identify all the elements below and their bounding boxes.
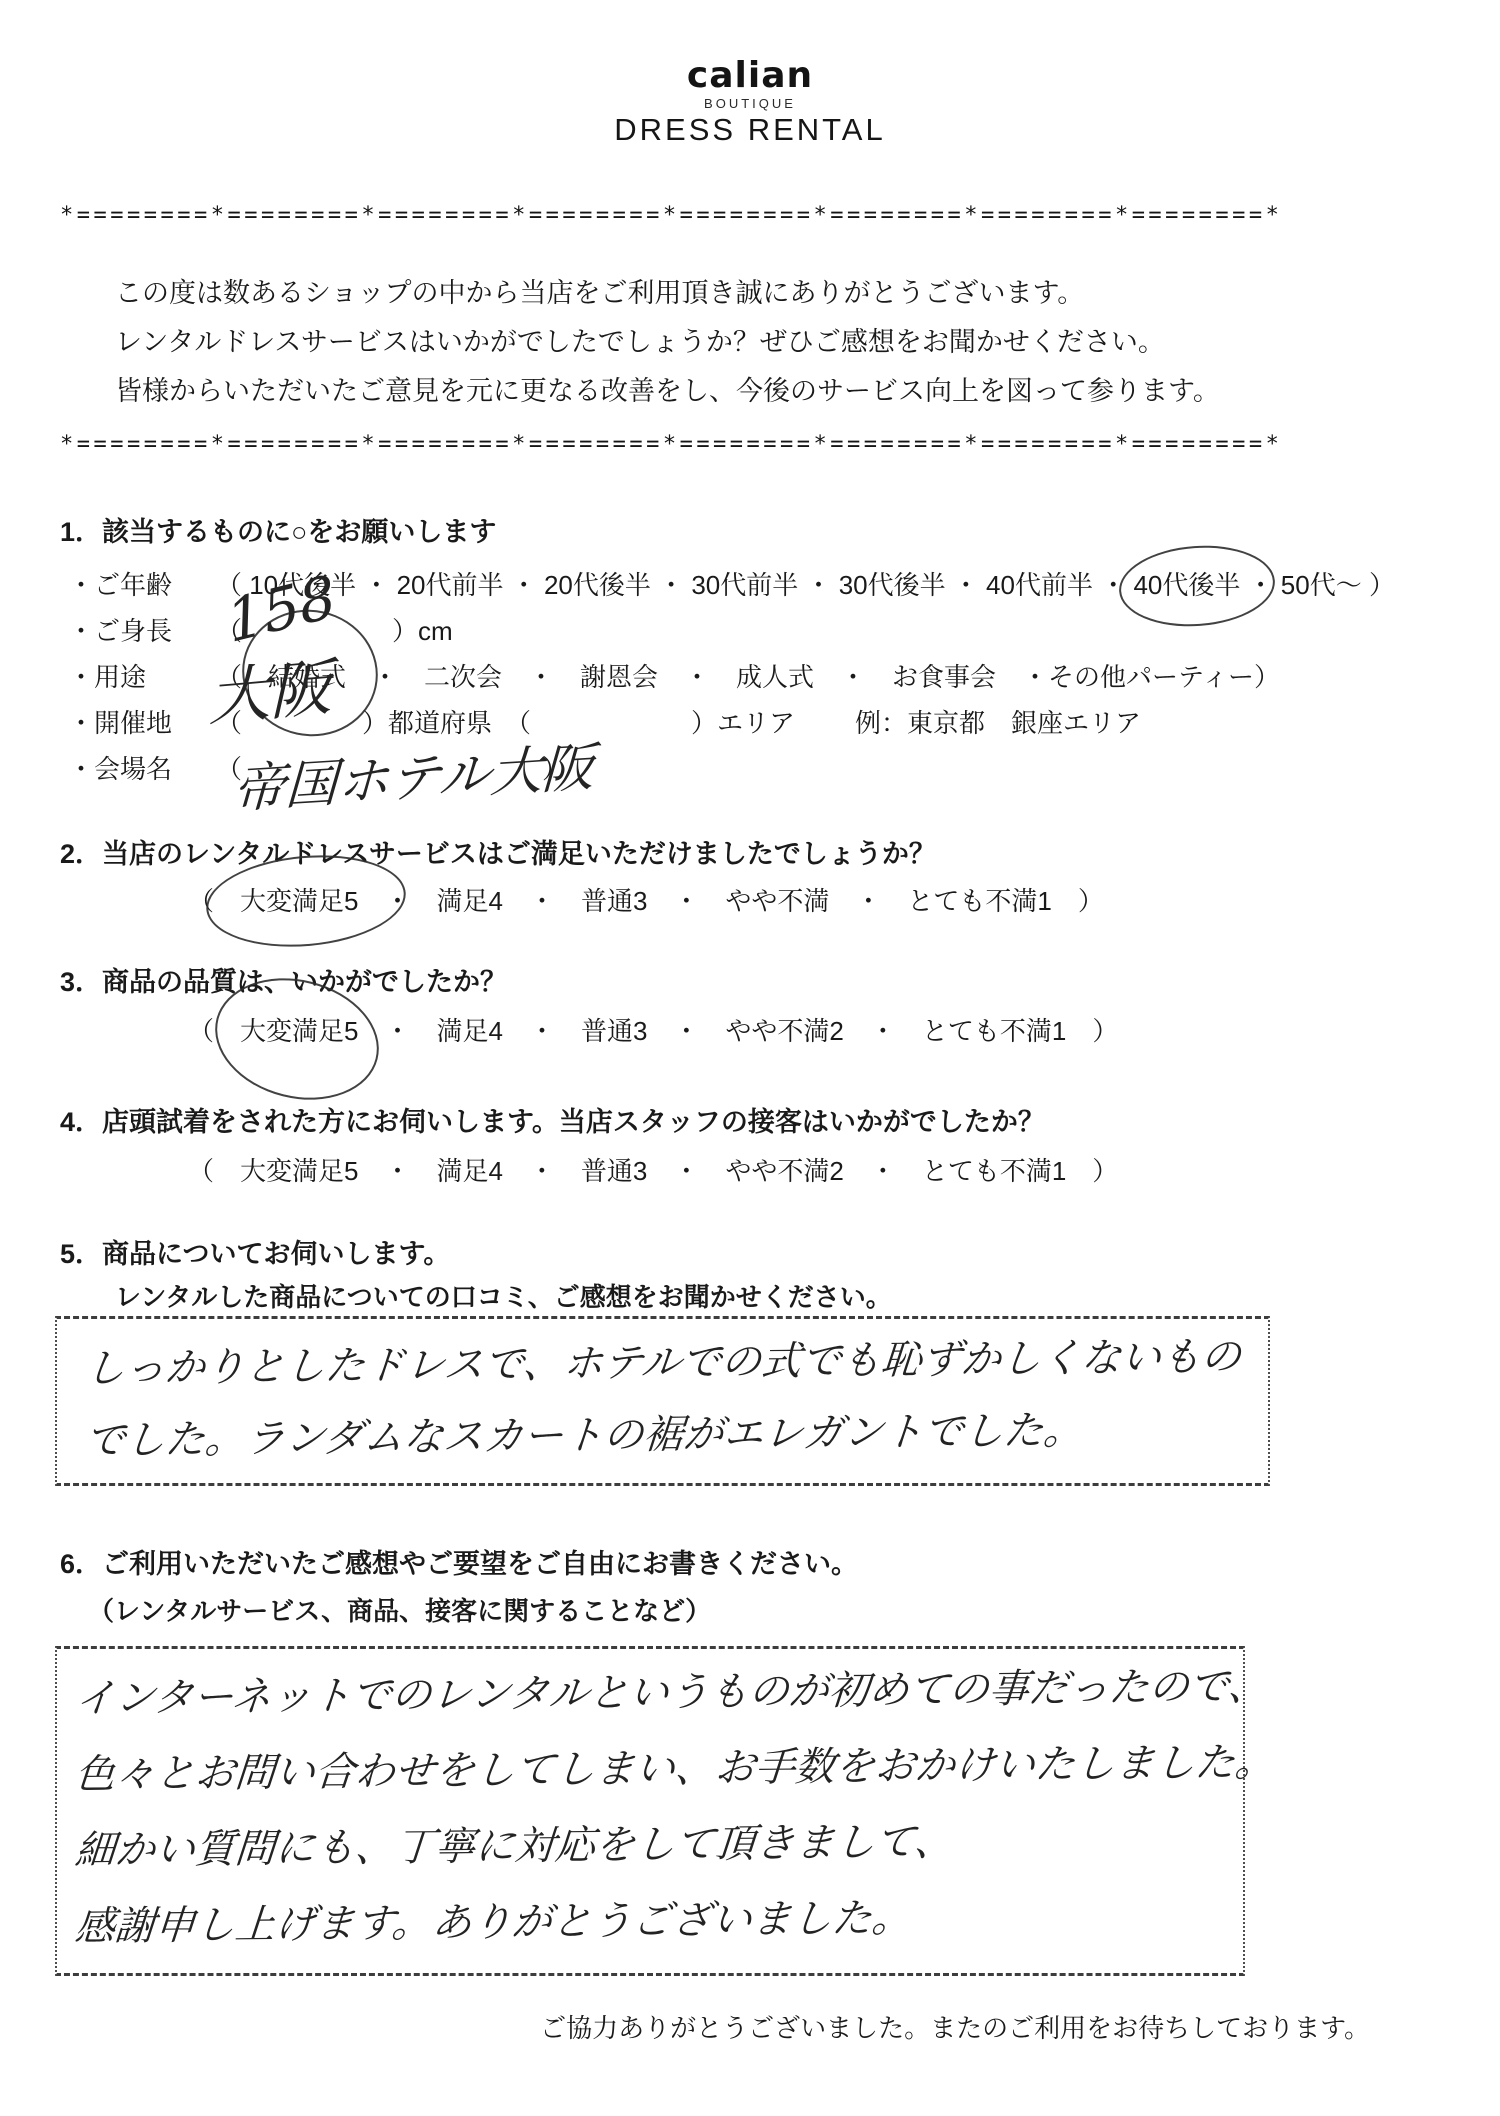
brand-boutique-label: BOUTIQUE [60,97,1440,110]
area-label: ）エリア [691,708,795,738]
question-2-options: （ 大変満足5 ・ 満足4 ・ 普通3 ・ やや不満 ・ とても不満1 ） [188,878,1440,924]
q2-circled-text: 大変満足5 [240,886,358,916]
scanned-survey-form: calian BOUTIQUE DRESS RENTAL *========*=… [0,0,1500,2116]
intro-line-3: 皆様からいただいたご意見を元に更なる改善をし、今後のサービス向上を図って参ります… [115,367,1440,416]
handwritten-answer-line: 色々とお問い合わせをしてしまい、お手数をおかけいたしました。 [72,1725,1236,1813]
options-pre: （ [188,886,240,916]
age-label: ・ご年齢 [68,562,216,608]
venue-row: ・会場名 （） 帝国ホテル大阪 [68,746,1440,792]
question-4: 4．店頭試着をされた方にお伺いします。当店スタッフの接客はいかがでしたか？ （ … [60,1104,1440,1194]
location-example: 例：東京都 銀座エリア [855,708,1141,738]
question-6: 6．ご利用いただいたご感想やご要望をご自由にお書きください。 （レンタルサービス… [60,1546,1440,1976]
options-post: ・ 満足4 ・ 普通3 ・ やや不満 ・ とても不満1 ） [358,886,1103,916]
age-options-pre: （ 10代後半 ・ 20代前半 ・ 20代後半 ・ 30代前半 ・ 30代後半 … [216,570,1133,600]
options-pre: （ [188,1016,240,1046]
brand-header: calian BOUTIQUE DRESS RENTAL [60,58,1440,145]
handwritten-answer-line: でした。ランダムなスカートの裾がエレガントでした。 [82,1393,1260,1477]
question-6-subtitle: （レンタルサービス、商品、接客に関することなど） [88,1594,1440,1628]
intro-line-1: この度は数あるショップの中から当店をご利用頂き誠にありがとうございます。 [115,269,1440,318]
paren-close-cm: ）cm [392,616,453,646]
intro-line-2: レンタルドレスサービスはいかがでしたでしょうか？ぜひご感想をお聞かせください。 [115,318,1440,367]
question-6-title: 6．ご利用いただいたご感想やご要望をご自由にお書きください。 [60,1546,1440,1582]
location-row: ・開催地 （）都道府県 （）エリア例：東京都 銀座エリア 大阪 [68,700,1440,746]
q2-circled-option: 大変満足5 [240,878,358,924]
question-1-rows: ・ご年齢 （ 10代後半 ・ 20代前半 ・ 20代後半 ・ 30代前半 ・ 3… [60,562,1440,792]
separator-line-bottom: *========*========*========*========*===… [60,432,1440,458]
question-4-options: （ 大変満足5 ・ 満足4 ・ 普通3 ・ やや不満2 ・ とても不満1 ） [188,1148,1440,1194]
handwritten-answer-line: 感謝申し上げます。ありがとうございました。 [72,1877,1236,1965]
question-5-answer-box: しっかりとしたドレスで、ホテルでの式でも恥ずかしくないもの でした。ランダムなス… [55,1316,1270,1486]
age-options: （ 10代後半 ・ 20代前半 ・ 20代後半 ・ 30代前半 ・ 30代後半 … [216,562,1395,608]
purpose-label: ・用途 [68,654,216,700]
options-post: ・ 満足4 ・ 普通3 ・ やや不満2 ・ とても不満1 ） [358,1016,1118,1046]
location-field: （）都道府県 （）エリア例：東京都 銀座エリア [216,700,1141,746]
location-value-handwritten: 大阪 [208,665,332,722]
question-6-answer-box: インターネットでのレンタルというものが初めての事だったので、 色々とお問い合わせ… [55,1646,1245,1976]
question-5-title: 5．商品についてお伺いします。 [60,1236,1440,1272]
purpose-options-post: ・ 二次会 ・ 謝恩会 ・ 成人式 ・ お食事会 ・その他パーティー） [346,662,1280,692]
age-options-post: ・ 50代～ ） [1240,570,1395,600]
handwritten-answer-line: インターネットでのレンタルというものが初めての事だったので、 [72,1649,1236,1737]
form-title: DRESS RENTAL [60,114,1440,145]
question-2-title: 2．当店のレンタルドレスサービスはご満足いただけましたでしょうか？ [60,836,1440,872]
footer-thanks-text: ご協力ありがとうございました。またのご利用をお待ちしております。 [60,2012,1370,2044]
question-5-subtitle: レンタルした商品についての口コミ、ご感想をお聞かせください。 [115,1280,1440,1314]
question-4-title: 4．店頭試着をされた方にお伺いします。当店スタッフの接客はいかがでしたか？ [60,1104,1440,1140]
brand-logo: calian [60,58,1440,94]
prefecture-label: ）都道府県 （ [362,708,531,738]
question-3-title: 3．商品の品質は、いかがでしたか？ [60,964,1440,1000]
purpose-options: （ 結婚式 ・ 二次会 ・ 謝恩会 ・ 成人式 ・ お食事会 ・その他パーティー… [216,654,1280,700]
age-circled-text: 40代後半 [1133,570,1240,600]
question-1-title: 1．該当するものに○をお願いします [60,514,1440,550]
age-circled-option: 40代後半 [1133,562,1240,608]
venue-label: ・会場名 [68,746,216,792]
question-2: 2．当店のレンタルドレスサービスはご満足いただけましたでしょうか？ （ 大変満足… [60,836,1440,924]
question-1: 1．該当するものに○をお願いします ・ご年齢 （ 10代後半 ・ 20代前半 ・… [60,514,1440,792]
question-3-options: （ 大変満足5 ・ 満足4 ・ 普通3 ・ やや不満2 ・ とても不満1 ） [188,1008,1440,1054]
q3-circled-option: 大変満足5 [240,1008,358,1054]
q3-circled-text: 大変満足5 [240,1016,358,1046]
separator-line-top: *========*========*========*========*===… [60,203,1440,229]
question-3: 3．商品の品質は、いかがでしたか？ （ 大変満足5 ・ 満足4 ・ 普通3 ・ … [60,964,1440,1054]
height-row: ・ご身長 （）cm 158 [68,608,1440,654]
question-5: 5．商品についてお伺いします。 レンタルした商品についての口コミ、ご感想をお聞か… [60,1236,1440,1486]
location-label: ・開催地 [68,700,216,746]
handwritten-answer-line: しっかりとしたドレスで、ホテルでの式でも恥ずかしくないもの [82,1321,1260,1405]
height-label: ・ご身長 [68,608,216,654]
intro-text: この度は数あるショップの中から当店をご利用頂き誠にありがとうございます。 レンタ… [115,269,1440,416]
handwritten-answer-line: 細かい質問にも、丁寧に対応をして頂きまして、 [72,1801,1236,1889]
